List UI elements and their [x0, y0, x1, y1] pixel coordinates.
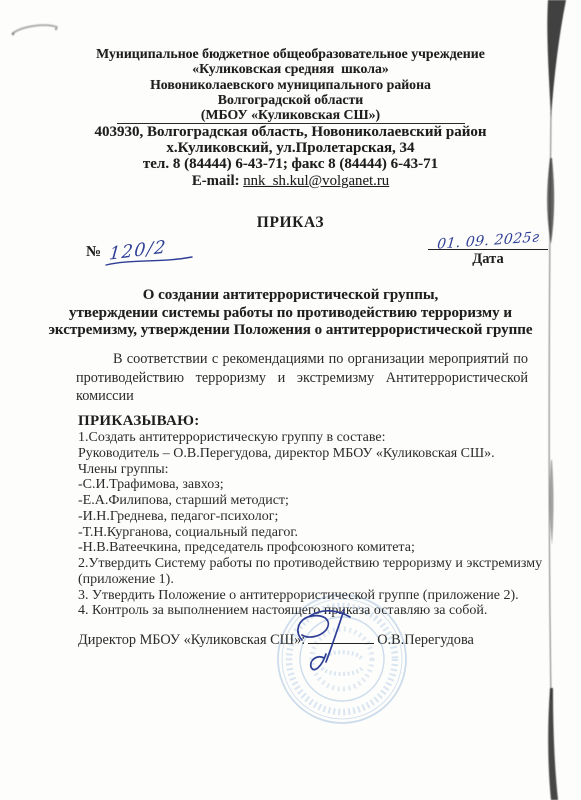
address-line: х.Куликовский, ул.Пролетарская, 34	[0, 141, 581, 157]
document-header: Муниципальное бюджетное общеобразователь…	[0, 46, 581, 189]
order-date-handwritten: 01. 09. 2025г	[436, 229, 540, 252]
order-line: Руководитель – О.В.Перегудова, директор …	[78, 446, 542, 462]
order-heading: ПРИКАЗ	[0, 214, 581, 232]
intro-line: противодействию терроризму и экстремизму…	[76, 369, 528, 388]
order-line: (приложение 1).	[78, 572, 542, 588]
order-line: 2.Утвердить Систему работы по противодей…	[78, 556, 542, 572]
org-name-line: «Куликовская средняя школа»	[0, 61, 581, 76]
email-label: E-mail:	[192, 173, 240, 189]
order-title-line: утверждении системы работы по противодей…	[0, 305, 581, 323]
org-name-line: Новониколаевского муниципального района	[0, 77, 581, 92]
intro-line: комиссии	[76, 387, 528, 406]
order-line: 3. Утвердить Положение о антитеррористич…	[78, 588, 542, 604]
email-address: nnk_sh.kul@volganet.ru	[243, 173, 389, 189]
intro-paragraph: В соответствии с рекомендациями по орган…	[76, 350, 528, 406]
number-sign-label: №	[86, 244, 101, 260]
intro-line: В соответствии с рекомендациями по орган…	[76, 350, 528, 369]
edge-shadow-line	[549, 112, 551, 700]
directive-heading: ПРИКАЗЫВАЮ:	[78, 413, 200, 430]
signature-ink	[286, 604, 364, 682]
order-date-field: 01. 09. 2025г Дата	[428, 232, 548, 268]
order-line: -Т.Н.Курганова, социальный педагог.	[78, 525, 542, 541]
ink-underline-swash	[104, 254, 196, 270]
order-number-field: №120/2	[86, 241, 167, 261]
staple-mark	[13, 25, 57, 33]
order-title-line: экстремизму, утверждении Положения о ант…	[0, 322, 581, 340]
phone-fax-line: тел. 8 (84444) 6-43-71; факс 8 (84444) 6…	[0, 157, 581, 173]
date-label: Дата	[472, 251, 503, 267]
order-line: -Е.А.Филипова, старший методист;	[78, 493, 542, 509]
order-title-line: О создании антитеррористической группы,	[0, 287, 581, 305]
order-line: -И.Н.Греднева, педагог-психолог;	[78, 509, 542, 525]
email-line: E-mail: nnk_sh.kul@volganet.ru	[0, 173, 581, 189]
org-name-line: Муниципальное бюджетное общеобразователь…	[0, 46, 581, 61]
scanned-order-document: Муниципальное бюджетное общеобразователь…	[0, 0, 581, 800]
order-title: О создании антитеррористической группы, …	[0, 287, 581, 340]
signature-row: Директор МБОУ «Куликовская СШ»:О.В.Перег…	[78, 631, 474, 649]
address-line: 403930, Волгоградская область, Новоникол…	[0, 125, 581, 141]
order-line: -С.И.Трафимова, завхоз;	[78, 477, 542, 493]
order-line: Члены группы:	[78, 462, 542, 478]
org-abbreviation-line: (МБОУ «Куликовская СШ»)	[0, 107, 581, 122]
signature-label: Директор МБОУ «Куликовская СШ»:	[78, 632, 305, 648]
edge-shadow-bottom	[548, 688, 558, 800]
order-line: 1.Создать антитеррористическую группу в …	[78, 430, 542, 446]
order-line: -Н.В.Ватеечкина, председатель профсоюзно…	[78, 540, 542, 556]
order-body: 1.Создать антитеррористическую группу в …	[78, 430, 542, 619]
signature-name: О.В.Перегудова	[377, 632, 474, 648]
org-name-line: Волгоградской области	[0, 92, 581, 107]
